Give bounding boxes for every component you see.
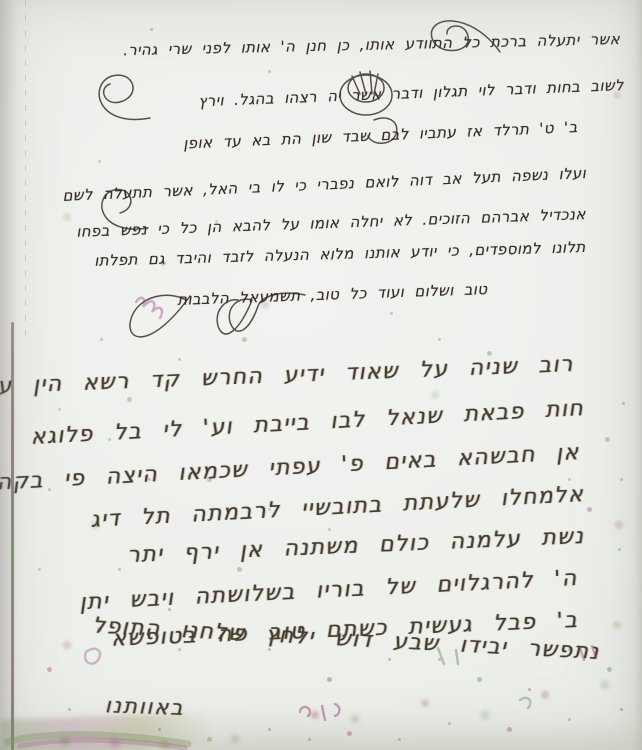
seal-doodle-hatching	[352, 71, 378, 94]
bleedthrough-squiggle	[136, 298, 162, 318]
bottom-smudge-band	[0, 712, 216, 750]
handwritten-line: נתפשר יבידו שבע דוש ילחץ שלחנו התופל	[92, 613, 600, 665]
page-right-edge-shadow	[634, 0, 642, 750]
ink-flourish-overlay	[0, 0, 642, 750]
page-left-edge-shadow	[0, 0, 18, 750]
bleedthrough-squiggle	[580, 646, 596, 660]
handwritten-line: אשר יתעלה ברכת כל התוודע אותו, כן חנן ה'…	[123, 30, 620, 59]
seal-doodle-lower-oval	[368, 118, 397, 143]
bleedthrough-squiggle	[438, 648, 458, 664]
handwritten-line: אן חבשהא באים פ' עפתי שכמאו היצה פי בקה	[0, 440, 581, 496]
page-edge-ink-line	[11, 322, 14, 750]
handwritten-line: ב' ט' תרלד אז עתביו לבם שבד שון הת בא עד…	[183, 118, 578, 153]
handwritten-line: ה' להרגלוים של בוריו בשלושתה ויבש יתן	[79, 566, 578, 615]
signature-flourish-loops	[217, 293, 305, 334]
scan-noise-layer	[0, 0, 642, 750]
spiral-flourish-top-right	[431, 21, 500, 52]
handwritten-line: אנכדיל אברהם הזוכים. לא יחלה אומו על להב…	[76, 205, 586, 241]
handwritten-line: רוב שניה על שאוד ידיע החרש קד רשא הין עו…	[0, 352, 574, 401]
loop-flourish-left-2	[102, 190, 148, 230]
seal-doodle-inner	[348, 74, 384, 102]
loop-flourish-left-3	[130, 295, 190, 337]
handwritten-line: ועלו נשפה תעל אב דוה לואם נפברי כי לו בי…	[62, 164, 586, 205]
handwritten-line: תלונו למוספדים, כי יודע אותנו מלוא הנעלה…	[94, 238, 586, 270]
handwritten-line: נשת עלמנה כולם משתנה אן ירף יתר	[126, 524, 584, 568]
handwritten-line: לשוב בחות ודבר לוי תגלון ודבר אשר יה רצה…	[198, 76, 624, 110]
handwritten-line: ב' פבל געשית כשתם טוב פה בטופשא	[111, 608, 579, 652]
bleedthrough-squiggle	[300, 704, 340, 720]
seal-doodle-outer	[340, 75, 392, 115]
closing-line-with-signature: טוב ושלום ועוד כל טוב, תשמעאל הלבבות	[176, 280, 487, 309]
bleedthrough-squiggle	[520, 698, 530, 708]
handwritten-line: חות פבאת שנאל לבו בייבת וע' לי בל פלוגא	[30, 396, 585, 450]
loop-flourish-left-1	[99, 75, 150, 119]
vertical-crease	[25, 0, 26, 345]
bleedthrough-squiggle	[85, 649, 100, 664]
manuscript-page: אשר יתעלה ברכת כל התוודע אותו, כן חנן ה'…	[0, 0, 642, 750]
handwritten-line: אלמחלו שלעתת בתובשיי לרבמתה תל דיג	[90, 482, 585, 533]
